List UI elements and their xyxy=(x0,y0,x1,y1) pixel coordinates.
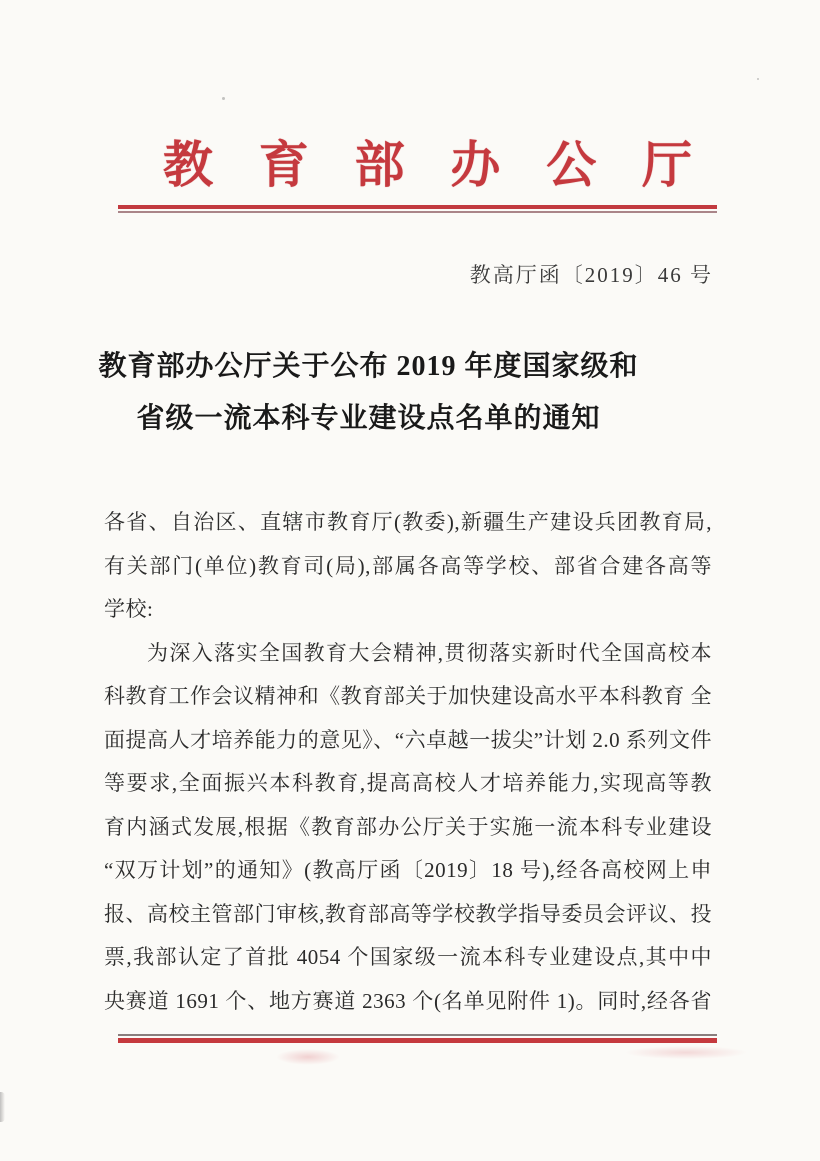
salutation-line: 学校: xyxy=(104,588,712,632)
notice-title-line1: 教育部办公厅关于公布 2019 年度国家级和 xyxy=(0,341,737,393)
notice-title-line2: 省级一流本科专业建设点名单的通知 xyxy=(0,393,737,445)
body-line: 等要求,全面振兴本科教育,提高高校人才培养能力,实现高等教 xyxy=(104,762,712,806)
scanned-document-page: 教 育 部 办 公 厅 教高厅函〔2019〕46 号 教育部办公厅关于公布 20… xyxy=(0,0,820,1161)
letterhead-char: 部 xyxy=(355,140,405,190)
letterhead-char: 公 xyxy=(546,140,596,190)
body-line: 报、高校主管部门审核,教育部高等学校教学指导委员会评议、投 xyxy=(104,893,712,937)
footer-separator-rule xyxy=(118,1034,717,1043)
body-line: 面提高人才培养能力的意见》、“六卓越一拔尖”计划 2.0 系列文件 xyxy=(104,719,712,763)
scan-artifact xyxy=(222,97,225,100)
salutation-line: 有关部门(单位)教育司(局),部属各高等学校、部省合建各高等 xyxy=(104,545,712,589)
letterhead-char: 厅 xyxy=(642,140,692,190)
scan-artifact xyxy=(276,1049,340,1065)
rule-thin-line xyxy=(118,1034,717,1036)
scan-artifact xyxy=(626,1046,746,1059)
rule-thick-line xyxy=(118,205,717,209)
letterhead-char: 育 xyxy=(259,140,309,190)
document-number: 教高厅函〔2019〕46 号 xyxy=(470,259,713,289)
body-line: 科教育工作会议精神和《教育部关于加快建设高水平本科教育 全 xyxy=(104,675,712,719)
body-line: “双万计划”的通知》(教高厅函〔2019〕18 号),经各高校网上申 xyxy=(104,849,712,893)
salutation-line: 各省、自治区、直辖市教育厅(教委),新疆生产建设兵团教育局, xyxy=(104,501,712,545)
body-line: 央赛道 1691 个、地方赛道 2363 个(名单见附件 1)。同时,经各省 xyxy=(104,980,712,1024)
scan-artifact xyxy=(640,905,642,907)
scan-artifact xyxy=(757,78,759,80)
scan-artifact xyxy=(0,1092,5,1122)
document-body: 各省、自治区、直辖市教育厅(教委),新疆生产建设兵团教育局, 有关部门(单位)教… xyxy=(104,501,712,1023)
body-line: 为深入落实全国教育大会精神,贯彻落实新时代全国高校本 xyxy=(104,632,712,676)
body-line: 育内涵式发展,根据《教育部办公厅关于实施一流本科专业建设 xyxy=(104,806,712,850)
notice-title: 教育部办公厅关于公布 2019 年度国家级和 省级一流本科专业建设点名单的通知 xyxy=(0,341,737,445)
letterhead-char: 办 xyxy=(450,140,500,190)
rule-thick-line xyxy=(118,1038,717,1043)
rule-thin-line xyxy=(118,211,717,213)
letterhead-char: 教 xyxy=(163,140,213,190)
letterhead-separator-rule xyxy=(118,205,717,213)
letterhead-agency-name: 教 育 部 办 公 厅 xyxy=(163,136,692,194)
body-line: 票,我部认定了首批 4054 个国家级一流本科专业建设点,其中中 xyxy=(104,936,712,980)
